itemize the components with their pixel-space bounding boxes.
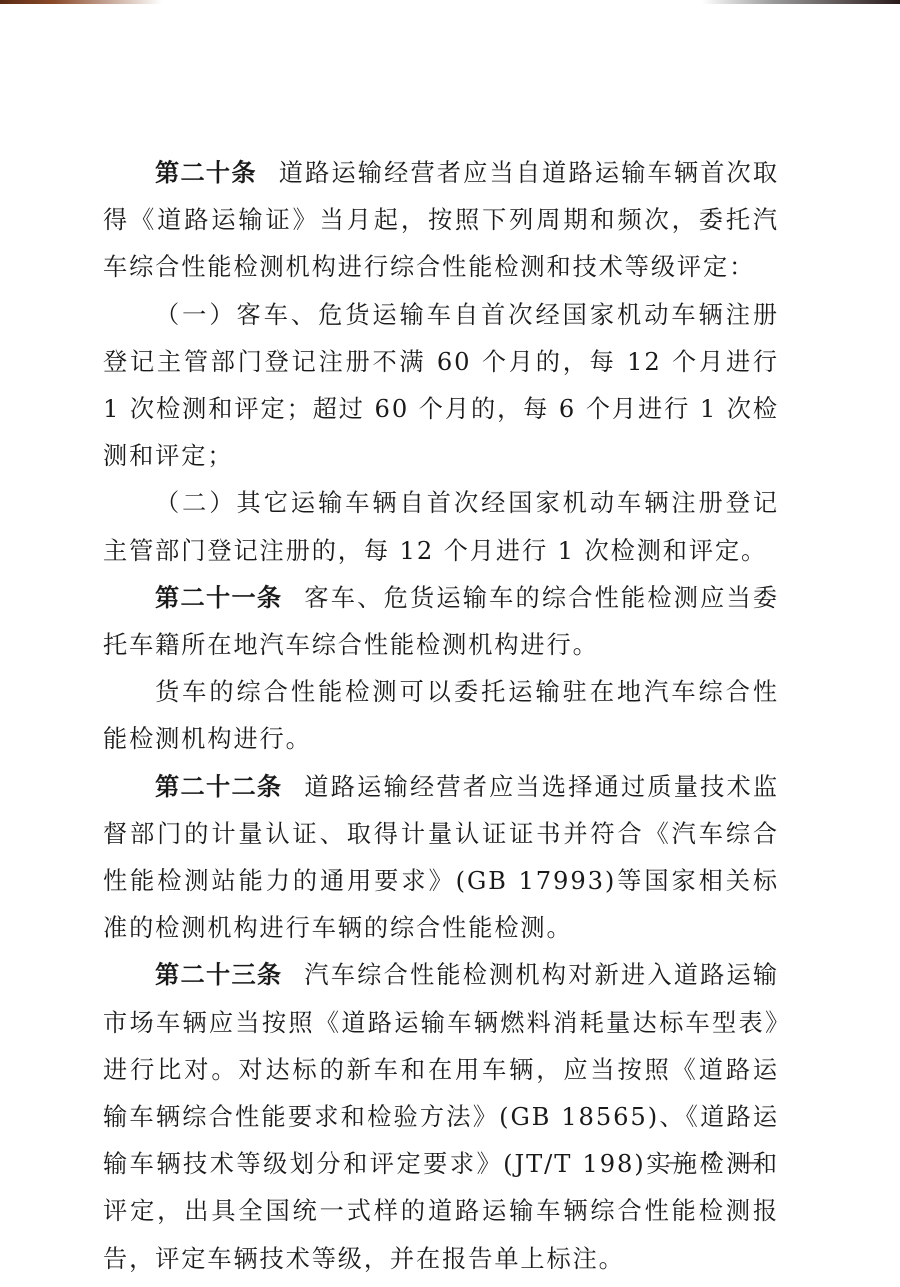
article-heading: 第二十条 (155, 159, 257, 187)
article-20-item-2: （二）其它运输车辆自首次经国家机动车辆注册登记主管部门登记注册的，每 12 个月… (103, 480, 779, 574)
article-20-item-1: （一）客车、危货运输车自首次经国家机动车辆注册登记主管部门登记注册不满 60 个… (103, 292, 779, 481)
article-heading: 第二十一条 (155, 584, 282, 612)
article-heading: 第二十三条 (155, 961, 282, 989)
article-heading: 第二十二条 (155, 773, 282, 801)
article-text: 汽车综合性能检测机构对新进入道路运输市场车辆应当按照《道路运输车辆燃料消耗量达标… (103, 961, 779, 1272)
article-21: 第二十一条客车、危货运输车的综合性能检测应当委托车籍所在地汽车综合性能检测机构进… (103, 575, 779, 669)
article-22: 第二十二条道路运输经营者应当选择通过质量技术监督部门的计量认证、取得计量认证证书… (103, 764, 779, 953)
article-21-para-2: 货车的综合性能检测可以委托运输驻在地汽车综合性能检测机构进行。 (103, 669, 779, 763)
document-body: 第二十条道路运输经营者应当自道路运输车辆首次取得《道路运输证》当月起，按照下列周… (103, 150, 779, 1283)
article-20: 第二十条道路运输经营者应当自道路运输车辆首次取得《道路运输证》当月起，按照下列周… (103, 150, 779, 292)
article-text: 货车的综合性能检测可以委托运输驻在地汽车综合性能检测机构进行。 (103, 678, 779, 753)
scan-edge-shadow (0, 0, 900, 4)
article-text: （二）其它运输车辆自首次经国家机动车辆注册登记主管部门登记注册的，每 12 个月… (103, 489, 779, 564)
article-23: 第二十三条汽车综合性能检测机构对新进入道路运输市场车辆应当按照《道路运输车辆燃料… (103, 952, 779, 1282)
article-text: （一）客车、危货运输车自首次经国家机动车辆注册登记主管部门登记注册不满 60 个… (103, 301, 779, 471)
page-number: — 7 — (640, 1148, 790, 1174)
